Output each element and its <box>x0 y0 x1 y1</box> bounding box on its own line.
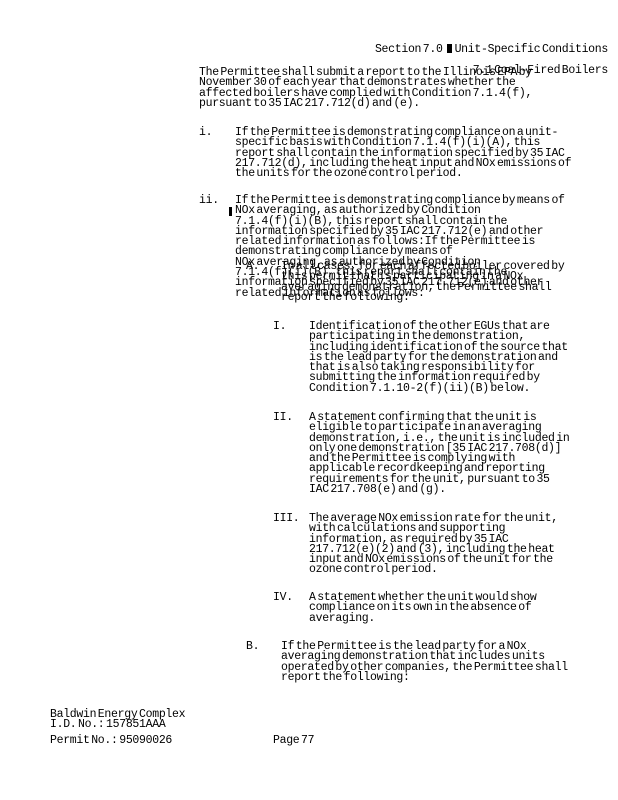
item-label: i. <box>199 128 235 138</box>
list-item-IV: IV. A statement whether the unit would s… <box>273 593 536 624</box>
item-label: I. <box>273 322 309 332</box>
list-item-B: B. If the Permittee is the lead party fo… <box>246 642 568 683</box>
item-label: B. <box>246 642 281 652</box>
item-text: If the Permittee is the lead party for a… <box>281 642 568 683</box>
item-text: A statement confirming that the unit is … <box>309 413 569 495</box>
list-item-I: I. Identification of the other EGUs that… <box>273 322 568 394</box>
item-text: The average NOx emission rate for the un… <box>309 514 558 576</box>
list-item-III: III. The average NOx emission rate for t… <box>273 514 558 576</box>
revision-bar <box>229 207 232 216</box>
section-name: Unit-Specific Conditions <box>455 43 608 56</box>
footer-permit-number: Permit No.: 95090026 <box>50 736 172 746</box>
page-number: Page 77 <box>273 736 314 746</box>
item-label: A. <box>246 262 281 272</box>
item-text: A statement whether the unit would show … <box>309 593 536 624</box>
item-text: If the Permittee is demonstrating compli… <box>235 128 571 179</box>
item-label: III. <box>273 514 309 524</box>
item-text: In all cases, for each affected boiler c… <box>281 262 564 303</box>
list-item-II: II. A statement confirming that the unit… <box>273 413 569 495</box>
revision-mark-icon <box>447 44 452 53</box>
item-label: IV. <box>273 593 309 603</box>
item-label: II. <box>273 413 309 423</box>
section-title-line: Section 7.0Unit-Specific Conditions <box>375 43 608 55</box>
intro-paragraph: The Permittee shall submit a report to t… <box>199 68 532 109</box>
list-item-i: i. If the Permittee is demonstrating com… <box>199 128 571 179</box>
list-item-A: A. In all cases, for each affected boile… <box>246 262 564 303</box>
item-label: ii. <box>199 196 235 206</box>
section-number: Section 7.0 <box>375 43 443 56</box>
item-text: Identification of the other EGUs that ar… <box>309 322 568 394</box>
footer-id-number: I.D. No.: 157851AAA <box>50 720 165 730</box>
document-page: Section 7.0Unit-Specific Conditions 7.1 … <box>0 0 618 800</box>
